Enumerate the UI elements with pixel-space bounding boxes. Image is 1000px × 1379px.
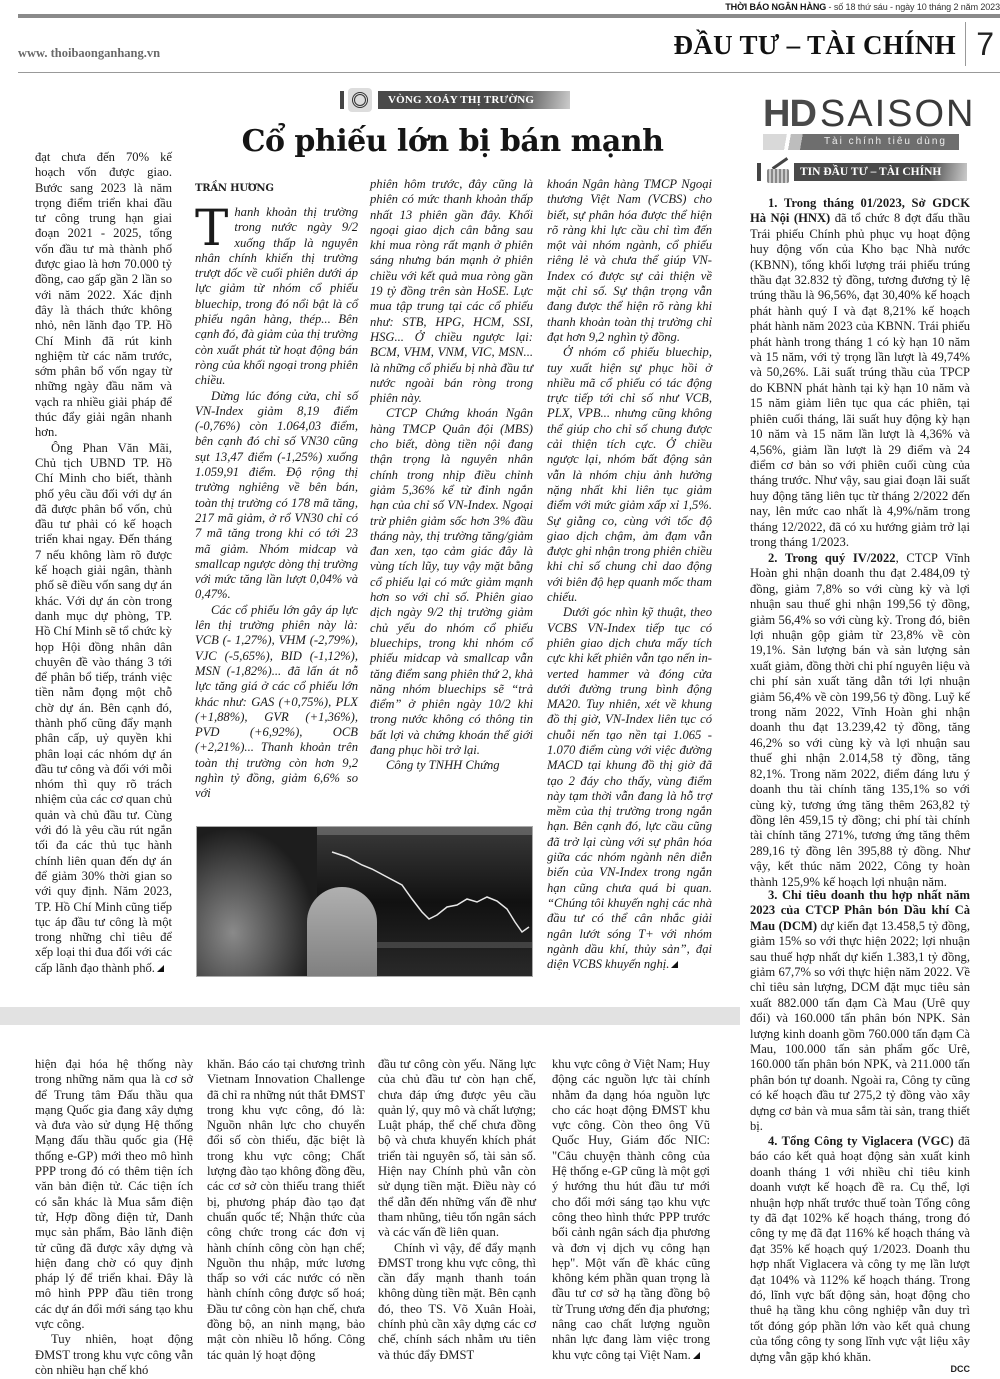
paragraph: đầu tư công còn yếu. Năng lực của chủ đầ… <box>378 1057 536 1241</box>
end-mark-icon <box>157 965 164 972</box>
brief-lead: 4. Tổng Công ty Viglacera (VGC) <box>768 1134 954 1148</box>
person-head <box>196 827 317 977</box>
paragraph: khu vực công ở Việt Nam; Huy động các ng… <box>552 1057 710 1363</box>
paper-name: THỜI BÁO NGÂN HÀNG <box>725 2 826 12</box>
kicker-label: TIN ĐẦU TƯ – TÀI CHÍNH <box>794 163 967 181</box>
logo-wordmark: HDSAISON <box>763 96 959 132</box>
author-byline: TRẦN HƯƠNG <box>195 183 274 194</box>
paragraph: Các cổ phiếu lớn gây áp lực lên thị trườ… <box>195 603 358 802</box>
article-column-1: Thanh khoản thị trường trong nước ngày 9… <box>195 205 358 802</box>
paragraph: hiện đại hóa hệ thống này trong những nă… <box>35 1057 193 1332</box>
paragraph: Ở nhóm cổ phiếu bluechip, tuy xuất hiện … <box>547 345 712 605</box>
bottom-article-column-2: khăn. Báo cáo tại chương trình Vietnam I… <box>207 1057 365 1363</box>
news-brief-kicker: TIN ĐẦU TƯ – TÀI CHÍNH <box>757 161 967 183</box>
bottom-article-column-1: hiện đại hóa hệ thống này trong những nă… <box>35 1057 193 1378</box>
basket-icon <box>765 160 791 184</box>
header-divider <box>18 72 1000 73</box>
paragraph: khăn. Báo cáo tại chương trình Vietnam I… <box>207 1057 365 1363</box>
left-column-article: đạt chưa đến 70% kế hoạch vốn được giao.… <box>35 150 172 976</box>
paragraph: phiên hôm trước, đây cũng là phiên có mứ… <box>370 177 533 406</box>
article-headline: Cổ phiếu lớn bị bán mạnh <box>190 124 715 159</box>
page-number: 7 <box>965 22 994 66</box>
top-rule <box>18 14 1000 18</box>
brief-body: đã tổ chức 8 đợt đấu thầu Trái phiếu Chí… <box>750 211 970 549</box>
paragraph: đạt chưa đến 70% kế hoạch vốn được giao.… <box>35 150 172 441</box>
news-brief-item: 4. Tổng Công ty Viglacera (VGC) đã báo c… <box>750 1134 970 1365</box>
kicker-bar <box>340 91 344 109</box>
brief-body: , CTCP Vĩnh Hoàn ghi nhận doanh thu đạt … <box>750 551 970 889</box>
article-column-2: phiên hôm trước, đây cũng là phiên có mứ… <box>370 177 533 774</box>
bottom-article-column-4: khu vực công ở Việt Nam; Huy động các ng… <box>552 1057 710 1363</box>
article-photo[interactable] <box>196 826 533 977</box>
paragraph: Dừng lúc đóng cửa, chỉ số VN-Index giảm … <box>195 389 358 603</box>
news-brief-item: 2. Trong quý IV/2022, CTCP Vĩnh Hoàn ghi… <box>750 551 970 890</box>
paragraph: CTCP Chứng khoán Ngân hàng TMCP Quân đội… <box>370 406 533 758</box>
paragraph: Ông Phan Văn Mãi, Chủ tịch UBND TP. Hồ C… <box>35 441 172 976</box>
separator-band <box>0 1007 740 1025</box>
news-brief-item: 3. Chỉ tiêu doanh thu hợp nhất năm 2023 … <box>750 888 970 1135</box>
person-hand <box>307 887 377 977</box>
issue-info: THỜI BÁO NGÂN HÀNG - số 18 thứ sáu - ngà… <box>725 2 1000 12</box>
brief-body: dự kiến đạt 13.458,5 tỷ đồng, giảm 15% s… <box>750 919 970 1133</box>
author-signature: DCC <box>951 1364 971 1374</box>
end-mark-icon <box>671 961 678 968</box>
brief-lead: 2. Trong quý IV/2022 <box>768 551 896 565</box>
end-mark-icon <box>693 1352 700 1359</box>
drop-cap: T <box>195 208 228 248</box>
section-title: ĐẦU TƯ – TÀI CHÍNH <box>674 30 956 61</box>
paragraph: Công ty TNHH Chứng <box>370 758 533 773</box>
spiral-icon <box>348 88 372 112</box>
kicker-bar <box>757 163 761 181</box>
issue-date: - số 18 thứ sáu - ngày 10 tháng 2 năm 20… <box>826 2 1000 12</box>
brief-body: đã báo cáo kết quả hoạt động sản xuất ki… <box>750 1134 970 1364</box>
paragraph: Dưới góc nhìn kỹ thuật, theo VCBS VN-Ind… <box>547 605 712 972</box>
paragraph: Tuy nhiên, hoạt động ĐMST trong khu vực … <box>35 1332 193 1378</box>
paragraph: khoán Ngân hàng TMCP Ngoại thương Việt N… <box>547 177 712 345</box>
site-url[interactable]: www. thoibaonganhang.vn <box>18 46 160 61</box>
kicker-label: VÒNG XOÁY THỊ TRƯỜNG <box>378 91 570 109</box>
bottom-article-column-3: đầu tư công còn yếu. Năng lực của chủ đầ… <box>378 1057 536 1363</box>
section-kicker: VÒNG XOÁY THỊ TRƯỜNG <box>340 89 570 111</box>
lead-paragraph: Thanh khoản thị trường trong nước ngày 9… <box>195 205 358 389</box>
article-column-3: khoán Ngân hàng TMCP Ngoại thương Việt N… <box>547 177 712 972</box>
hd-saison-logo[interactable]: HDSAISON Tài chính tiêu dùng <box>763 96 959 150</box>
logo-tagline: Tài chính tiêu dùng <box>763 134 959 150</box>
paragraph: Chính vì vậy, để đẩy mạnh ĐMST trong khu… <box>378 1241 536 1363</box>
news-brief-item: 1. Trong tháng 01/2023, Sở GDCK Hà Nội (… <box>750 196 970 550</box>
